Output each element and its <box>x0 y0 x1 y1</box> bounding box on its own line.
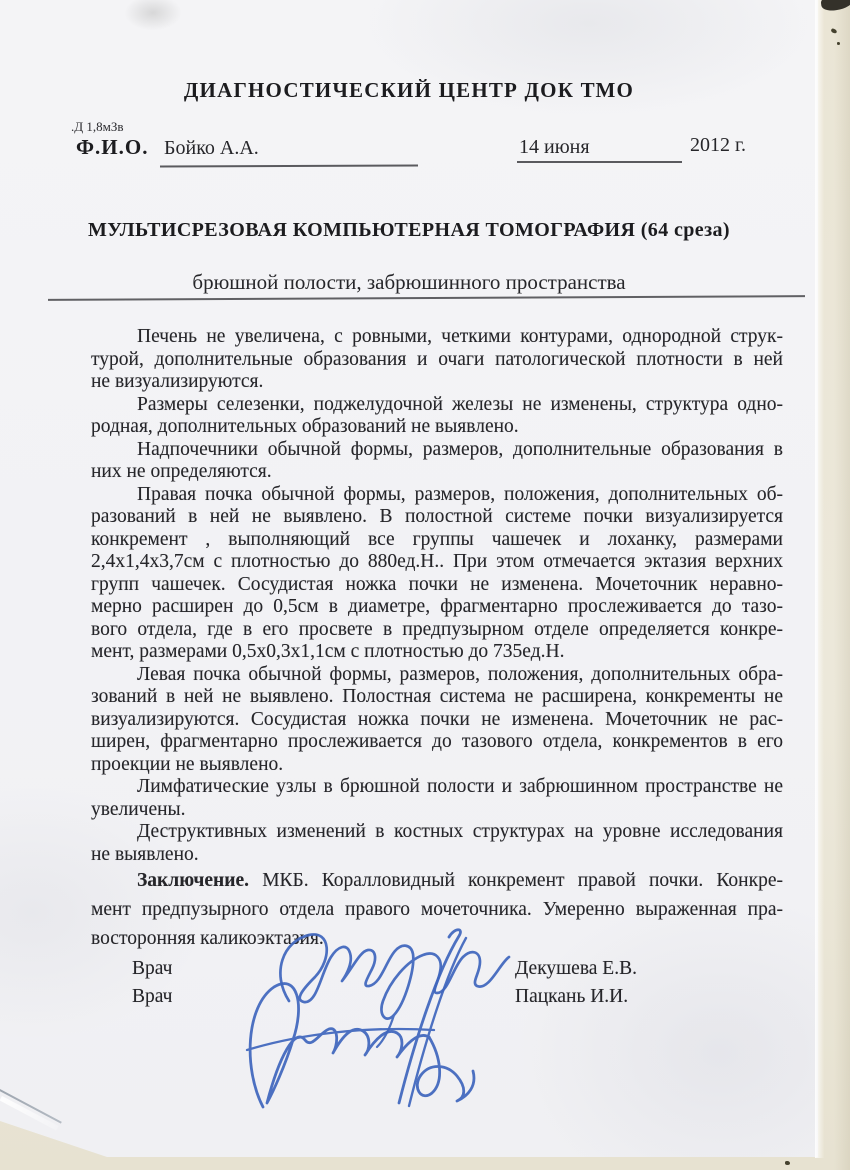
doctor-row: Врач Пацкань И.И. <box>91 983 783 1011</box>
doctor-row: Врач Декушева Е.В. <box>91 955 783 983</box>
doctor-role-label: Врач <box>132 958 172 979</box>
report-line: них не определяются. <box>91 461 783 484</box>
date-year: 2012 г. <box>690 134 746 157</box>
fio-label: Ф.И.О. <box>76 135 148 160</box>
report-paragraph: Лимфатические узлы в брюшной полости и з… <box>91 776 783 821</box>
scan-speck <box>837 42 840 45</box>
report-line: групп чашечек. Сосудистая ножка почки не… <box>91 574 783 597</box>
report-line: Надпочечники обычной формы, размеров, до… <box>91 439 783 462</box>
report-paragraph: Надпочечники обычной формы, размеров, до… <box>91 439 783 484</box>
report-line: разований в ней не выявлено. В полостной… <box>91 506 783 529</box>
report-line: зований в ней не выявлено. Полостная сис… <box>91 686 783 709</box>
exam-subtitle: брюшной полости, забрюшинного пространст… <box>0 270 818 295</box>
conclusion-label: Заключение. <box>137 870 249 891</box>
doctor-rows: Врач Декушева Е.В. Врач Пацкань И.И. <box>91 955 783 1011</box>
report-paragraph: Левая почка обычной формы, размеров, пол… <box>91 664 783 777</box>
report-line: родная, дополнительных образований не вы… <box>91 416 783 439</box>
report-line: Левая почка обычной формы, размеров, пол… <box>91 664 783 687</box>
report-line: 2,4х1,4х3,7см с плотностью до 880ед.Н.. … <box>91 551 783 574</box>
date-underline <box>517 161 682 163</box>
report-line: увеличены. <box>91 799 783 822</box>
clinic-title: ДИАГНОСТИЧЕСКИЙ ЦЕНТР ДОК ТМО <box>0 78 818 103</box>
report-line: мерно расширен до 0,5см в диаметре, фраг… <box>91 596 783 619</box>
report-line: проекции не выявлено. <box>91 754 783 777</box>
report-line: Деструктивных изменений в костных структ… <box>91 821 783 844</box>
report-line: Лимфатические узлы в брюшной полости и з… <box>91 776 783 799</box>
exam-title: МУЛЬТИСРЕЗОВАЯ КОМПЬЮТЕРНАЯ ТОМОГРАФИЯ (… <box>0 219 818 242</box>
report-paragraph: Правая почка обычной формы, размеров, по… <box>91 484 783 664</box>
report-paragraph: Деструктивных изменений в костных структ… <box>91 821 783 866</box>
patient-name: Бойко А.А. <box>164 137 259 160</box>
report-line: конкремент , выполняющий все группы чаше… <box>91 529 783 552</box>
report-line: мент, размерами 0,5х0,3х1,1см с плотност… <box>91 641 783 664</box>
doctor-role-label: Врач <box>132 986 172 1007</box>
report-paragraph: Размеры селезенки, поджелудочной железы … <box>91 394 783 439</box>
report-line: вого отдела, где в его просвете в предпу… <box>91 619 783 642</box>
report-line: не визуализируются. <box>91 371 783 394</box>
scanned-document: ДИАГНОСТИЧЕСКИЙ ЦЕНТР ДОК ТМО .Д 1,8мЗв … <box>0 0 850 1170</box>
doctor-name: Декушева Е.В. <box>515 955 637 983</box>
report-line: Размеры селезенки, поджелудочной железы … <box>91 394 783 417</box>
doctor-name: Пацкань И.И. <box>515 983 628 1011</box>
report-line: Печень не увеличена, с ровными, четкими … <box>91 326 783 349</box>
conclusion-paragraph: Заключение. МКБ. Коралловидный конкремен… <box>91 866 783 953</box>
report-line: турой, дополнительные образования и очаг… <box>91 349 783 372</box>
paper-right-edge <box>815 0 824 1158</box>
report-body: Печень не увеличена, с ровными, четкими … <box>91 326 783 1011</box>
report-line: Заключение. МКБ. Коралловидный конкремен… <box>91 866 783 895</box>
scanner-strip-shade <box>834 0 850 1170</box>
scan-smudge <box>122 0 184 32</box>
report-paragraphs: Печень не увеличена, с ровными, четкими … <box>91 326 783 953</box>
report-line: не выявлено. <box>91 844 783 867</box>
report-line: Правая почка обычной формы, размеров, по… <box>91 484 783 507</box>
report-line: восторонняя каликоэктазия. <box>91 924 783 953</box>
report-line: визуализируются. Сосудистая ножка почки … <box>91 709 783 732</box>
scan-speck <box>785 1161 790 1165</box>
dose-note: .Д 1,8мЗв <box>71 119 124 135</box>
report-line: ширен, фрагментарно прослеживается до та… <box>91 731 783 754</box>
report-paragraph: Печень не увеличена, с ровными, четкими … <box>91 326 783 394</box>
report-line: мент предпузырного отдела правого мочето… <box>91 895 783 924</box>
date-day-month: 14 июня <box>519 136 590 159</box>
